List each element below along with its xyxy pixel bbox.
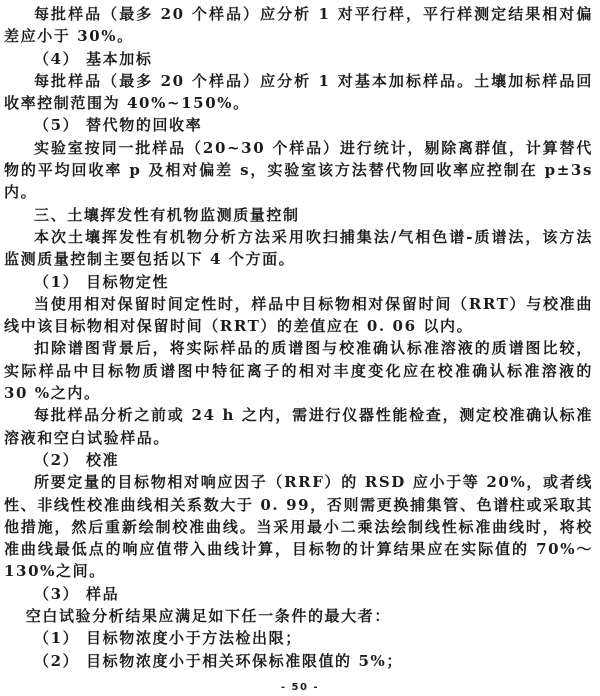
paragraph-blank-test-condition: 空白试验分析结果应满足如下任一条件的最大者： (4, 605, 593, 627)
heading-target-qualification: （1） 目标物定性 (4, 271, 593, 293)
heading-sample: （3） 样品 (4, 583, 593, 605)
paragraph-calibration-requirements: 所要定量的目标物相对响应因子（RRF）的 RSD 应小于等 20%，或者线性、非… (4, 471, 593, 582)
paragraph-instrument-performance-check: 每批样品分析之前或 24 h 之内，需进行仪器性能检查，测定校准确认标准溶液和空… (4, 404, 593, 449)
document-page: 每批样品（最多 20 个样品）应分析 1 对平行样，平行样测定结果相对偏差应小于… (0, 0, 600, 696)
page-number: - 50 - (0, 682, 600, 693)
heading-soil-voc-quality-control: 三、土壤挥发性有机物监测质量控制 (4, 204, 593, 226)
paragraph-parallel-sample-control: 每批样品（最多 20 个样品）应分析 1 对平行样，平行样测定结果相对偏差应小于… (4, 3, 593, 48)
list-item-blank-condition-2: （2） 目标物浓度小于相关环保标准限值的 5%； (4, 650, 593, 672)
paragraph-basic-spike-recovery: 每批样品（最多 20 个样品）应分析 1 对基本加标样品。土壤加标样品回收率控制… (4, 70, 593, 115)
list-item-blank-condition-1: （1） 目标物浓度小于方法检出限； (4, 627, 593, 649)
paragraph-relative-retention-time: 当使用相对保留时间定性时，样品中目标物相对保留时间（RRT）与校准曲线中该目标物… (4, 293, 593, 338)
heading-basic-spike: （4） 基本加标 (4, 48, 593, 70)
heading-calibration: （2） 校准 (4, 449, 593, 471)
heading-surrogate-recovery: （5） 替代物的回收率 (4, 114, 593, 136)
paragraph-surrogate-recovery-stats: 实验室按同一批样品（20~30 个样品）进行统计，剔除离群值，计算替代物的平均回… (4, 137, 593, 204)
paragraph-mass-spectrum-comparison: 扣除谱图背景后，将实际样品的质谱图与校准确认标准溶液的质谱图比较，实际样品中目标… (4, 337, 593, 404)
document-body: 每批样品（最多 20 个样品）应分析 1 对平行样，平行样测定结果相对偏差应小于… (4, 3, 593, 672)
paragraph-voc-method-overview: 本次土壤挥发性有机物分析方法采用吹扫捕集法/气相色谱-质谱法，该方法监测质量控制… (4, 226, 593, 271)
